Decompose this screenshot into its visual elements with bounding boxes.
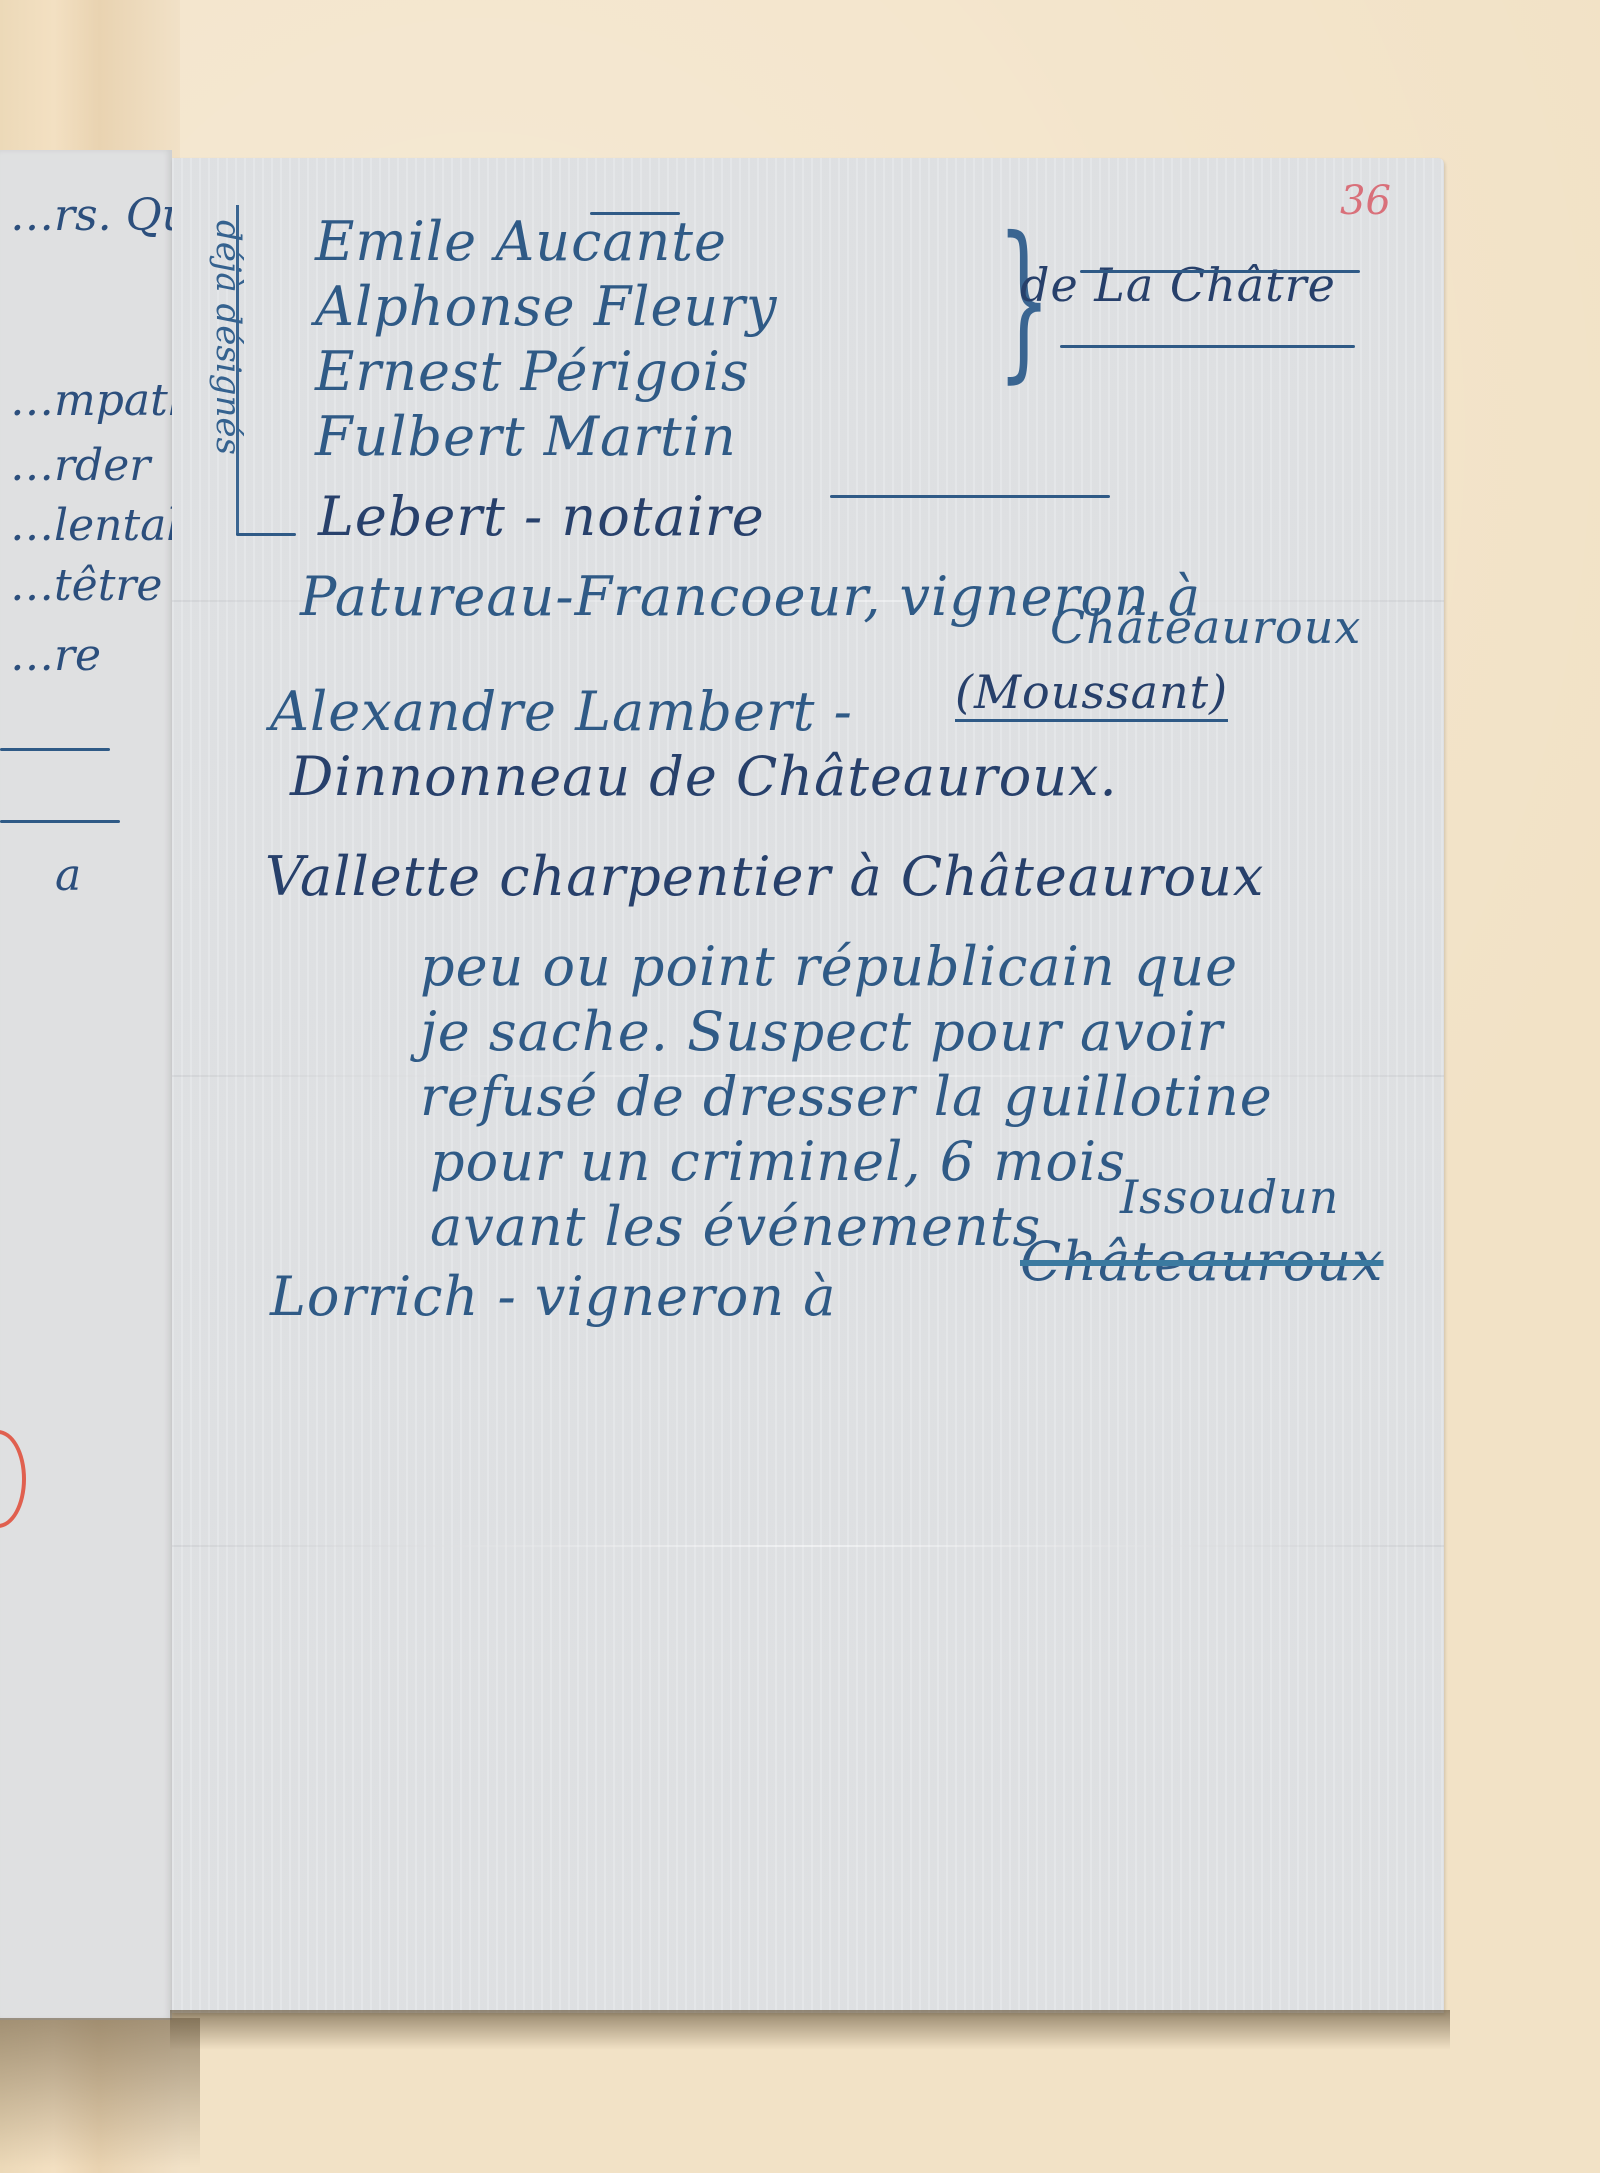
red-pencil-mark [0,1430,26,1528]
left-fragment: …re [10,630,101,681]
left-fragment: …lental. [10,500,194,551]
paper-fold [172,1545,1444,1547]
entry-lebert: Lebert - notaire [318,485,765,548]
dash-rule [830,495,1110,498]
overline [1080,270,1360,273]
entry-lambert: Alexandre Lambert - [270,680,853,743]
shadow [170,2010,1450,2050]
correction-issoudun: Issoudun [1120,1170,1339,1224]
bracket-label: de La Châtre [1020,258,1336,312]
vallette-comment-line: pour un criminel, 6 mois [430,1130,1126,1193]
vallette-comment-line: peu ou point républicain que [420,935,1238,998]
entry-lorrich: Lorrich - vigneron à [270,1265,836,1328]
struck-place: Châteauroux [1020,1230,1383,1293]
left-fragment: …rder [10,440,150,491]
left-fragment: a [55,850,81,901]
left-underline [0,748,110,751]
entry-vallette: Vallette charpentier à Châteauroux [265,845,1264,908]
group-name: Ernest Périgois [315,340,750,403]
entry-dinnonneau: Dinnonneau de Châteauroux. [290,745,1118,808]
vallette-comment-line: refusé de dresser la guillotine [420,1065,1273,1128]
left-underline [0,820,120,823]
margin-note-vertical: déjà désignés [208,220,248,455]
underline [1060,345,1355,348]
folio-number: 36 [1340,178,1391,224]
group-name: Emile Aucante [315,210,727,273]
group-name: Fulbert Martin [315,405,737,468]
left-fragment: …têtre [10,560,162,611]
left-facing-page: …rs. Quil …mpathié …rder …lental. …têtre… [0,150,172,2020]
entry-patureau-continuation: Châteauroux [1050,600,1361,654]
group-name: Alphonse Fleury [315,275,778,338]
overline [590,212,680,215]
vallette-comment-line: avant les événements [430,1195,1041,1258]
margin-bracket-foot [236,533,296,536]
vallette-comment-line: je sache. Suspect pour avoir [420,1000,1223,1063]
entry-lambert-note: (Moussant) [955,665,1228,722]
